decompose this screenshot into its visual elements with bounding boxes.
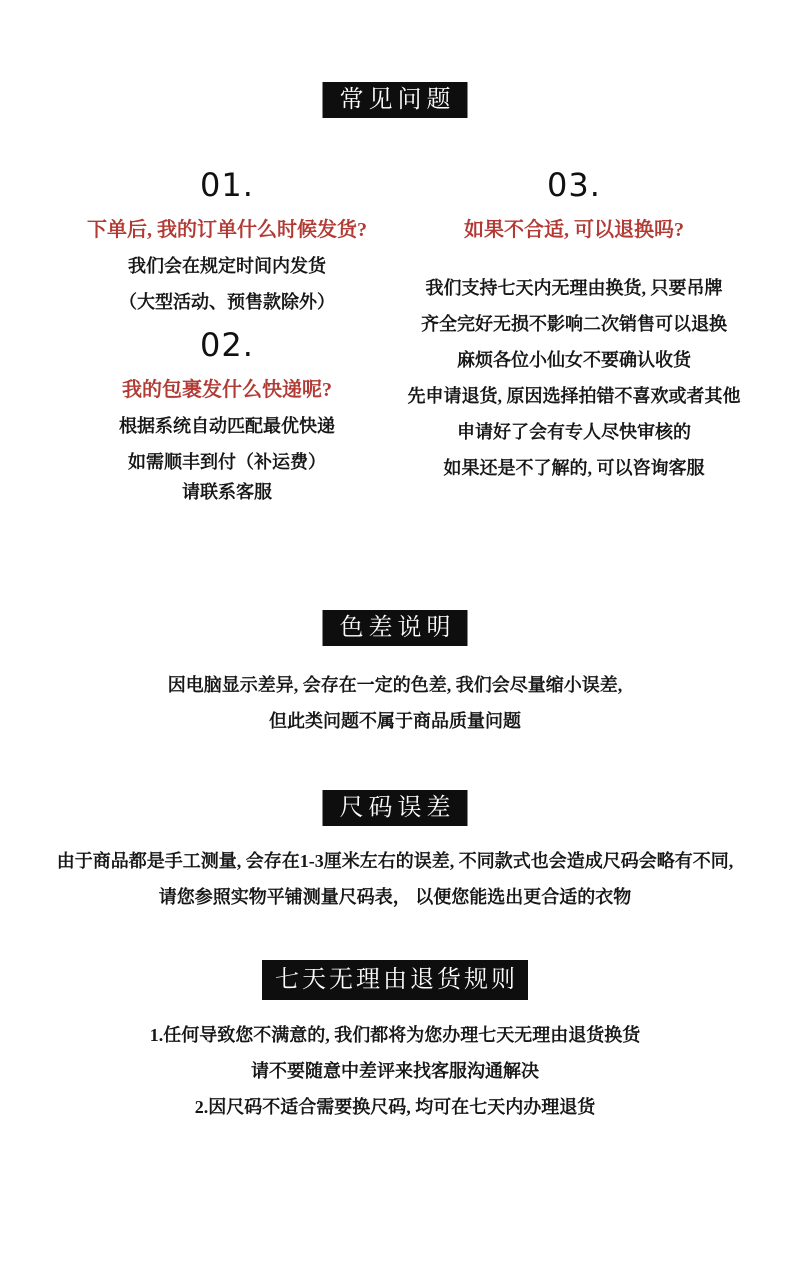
product-faq-page: 常见问题 01. 下单后, 我的订单什么时候发货? 我们会在规定时间内发货 （大… [0,0,790,1288]
faq-answer: 齐全完好无损不影响二次销售可以退换 [399,306,749,342]
return-policy-line: 1.任何导致您不满意的, 我们都将为您办理七天无理由退货换货 [0,1017,790,1053]
faq-answer: 我们支持七天内无理由换货, 只要吊牌 [399,270,749,306]
faq-question-02: 我的包裹发什么快递呢? [52,372,402,408]
size-note-line: 由于商品都是手工测量, 会存在1-3厘米左右的误差, 不同款式也会造成尺码会略有… [0,843,790,879]
return-policy-text: 1.任何导致您不满意的, 我们都将为您办理七天无理由退货换货 请不要随意中差评来… [0,1017,790,1125]
color-note-line: 但此类问题不属于商品质量问题 [0,703,790,739]
return-policy-line: 请不要随意中差评来找客服沟通解决 [0,1053,790,1089]
size-note-text: 由于商品都是手工测量, 会存在1-3厘米左右的误差, 不同款式也会造成尺码会略有… [0,843,790,915]
faq-question-03: 如果不合适, 可以退换吗? [399,212,749,248]
faq-answer: 麻烦各位小仙女不要确认收货 [399,342,749,378]
color-note-line: 因电脑显示差异, 会存在一定的色差, 我们会尽量缩小误差, [0,667,790,703]
faq-answer: 先申请退货, 原因选择拍错不喜欢或者其他 [399,378,749,414]
faq-answer: 如果还是不了解的, 可以咨询客服 [399,450,749,486]
faq-answer: 我们会在规定时间内发货 [52,248,402,284]
faq-number-02: 02. [52,320,402,370]
size-note-banner: 尺码误差 [323,790,468,826]
faq-question-01: 下单后, 我的订单什么时候发货? [52,212,402,248]
faq-column-left: 01. 下单后, 我的订单什么时候发货? 我们会在规定时间内发货 （大型活动、预… [52,160,402,510]
color-note-text: 因电脑显示差异, 会存在一定的色差, 我们会尽量缩小误差, 但此类问题不属于商品… [0,667,790,739]
color-note-banner: 色差说明 [323,610,468,646]
faq-answer: 请联系客服 [52,474,402,510]
faq-column-right: 03. 如果不合适, 可以退换吗? 我们支持七天内无理由换货, 只要吊牌 齐全完… [399,160,749,486]
faq-answer: 申请好了会有专人尽快审核的 [399,414,749,450]
faq-number-03: 03. [399,160,749,210]
size-note-line: 请您参照实物平铺测量尺码表， 以便您能选出更合适的衣物 [0,879,790,915]
faq-answer: 根据系统自动匹配最优快递 [52,408,402,444]
return-policy-line: 2.因尺码不适合需要换尺码, 均可在七天内办理退货 [0,1089,790,1125]
faq-answer: （大型活动、预售款除外） [52,284,402,320]
faq-banner: 常见问题 [323,82,468,118]
faq-number-01: 01. [52,160,402,210]
return-policy-banner: 七天无理由退货规则 [262,960,528,1000]
